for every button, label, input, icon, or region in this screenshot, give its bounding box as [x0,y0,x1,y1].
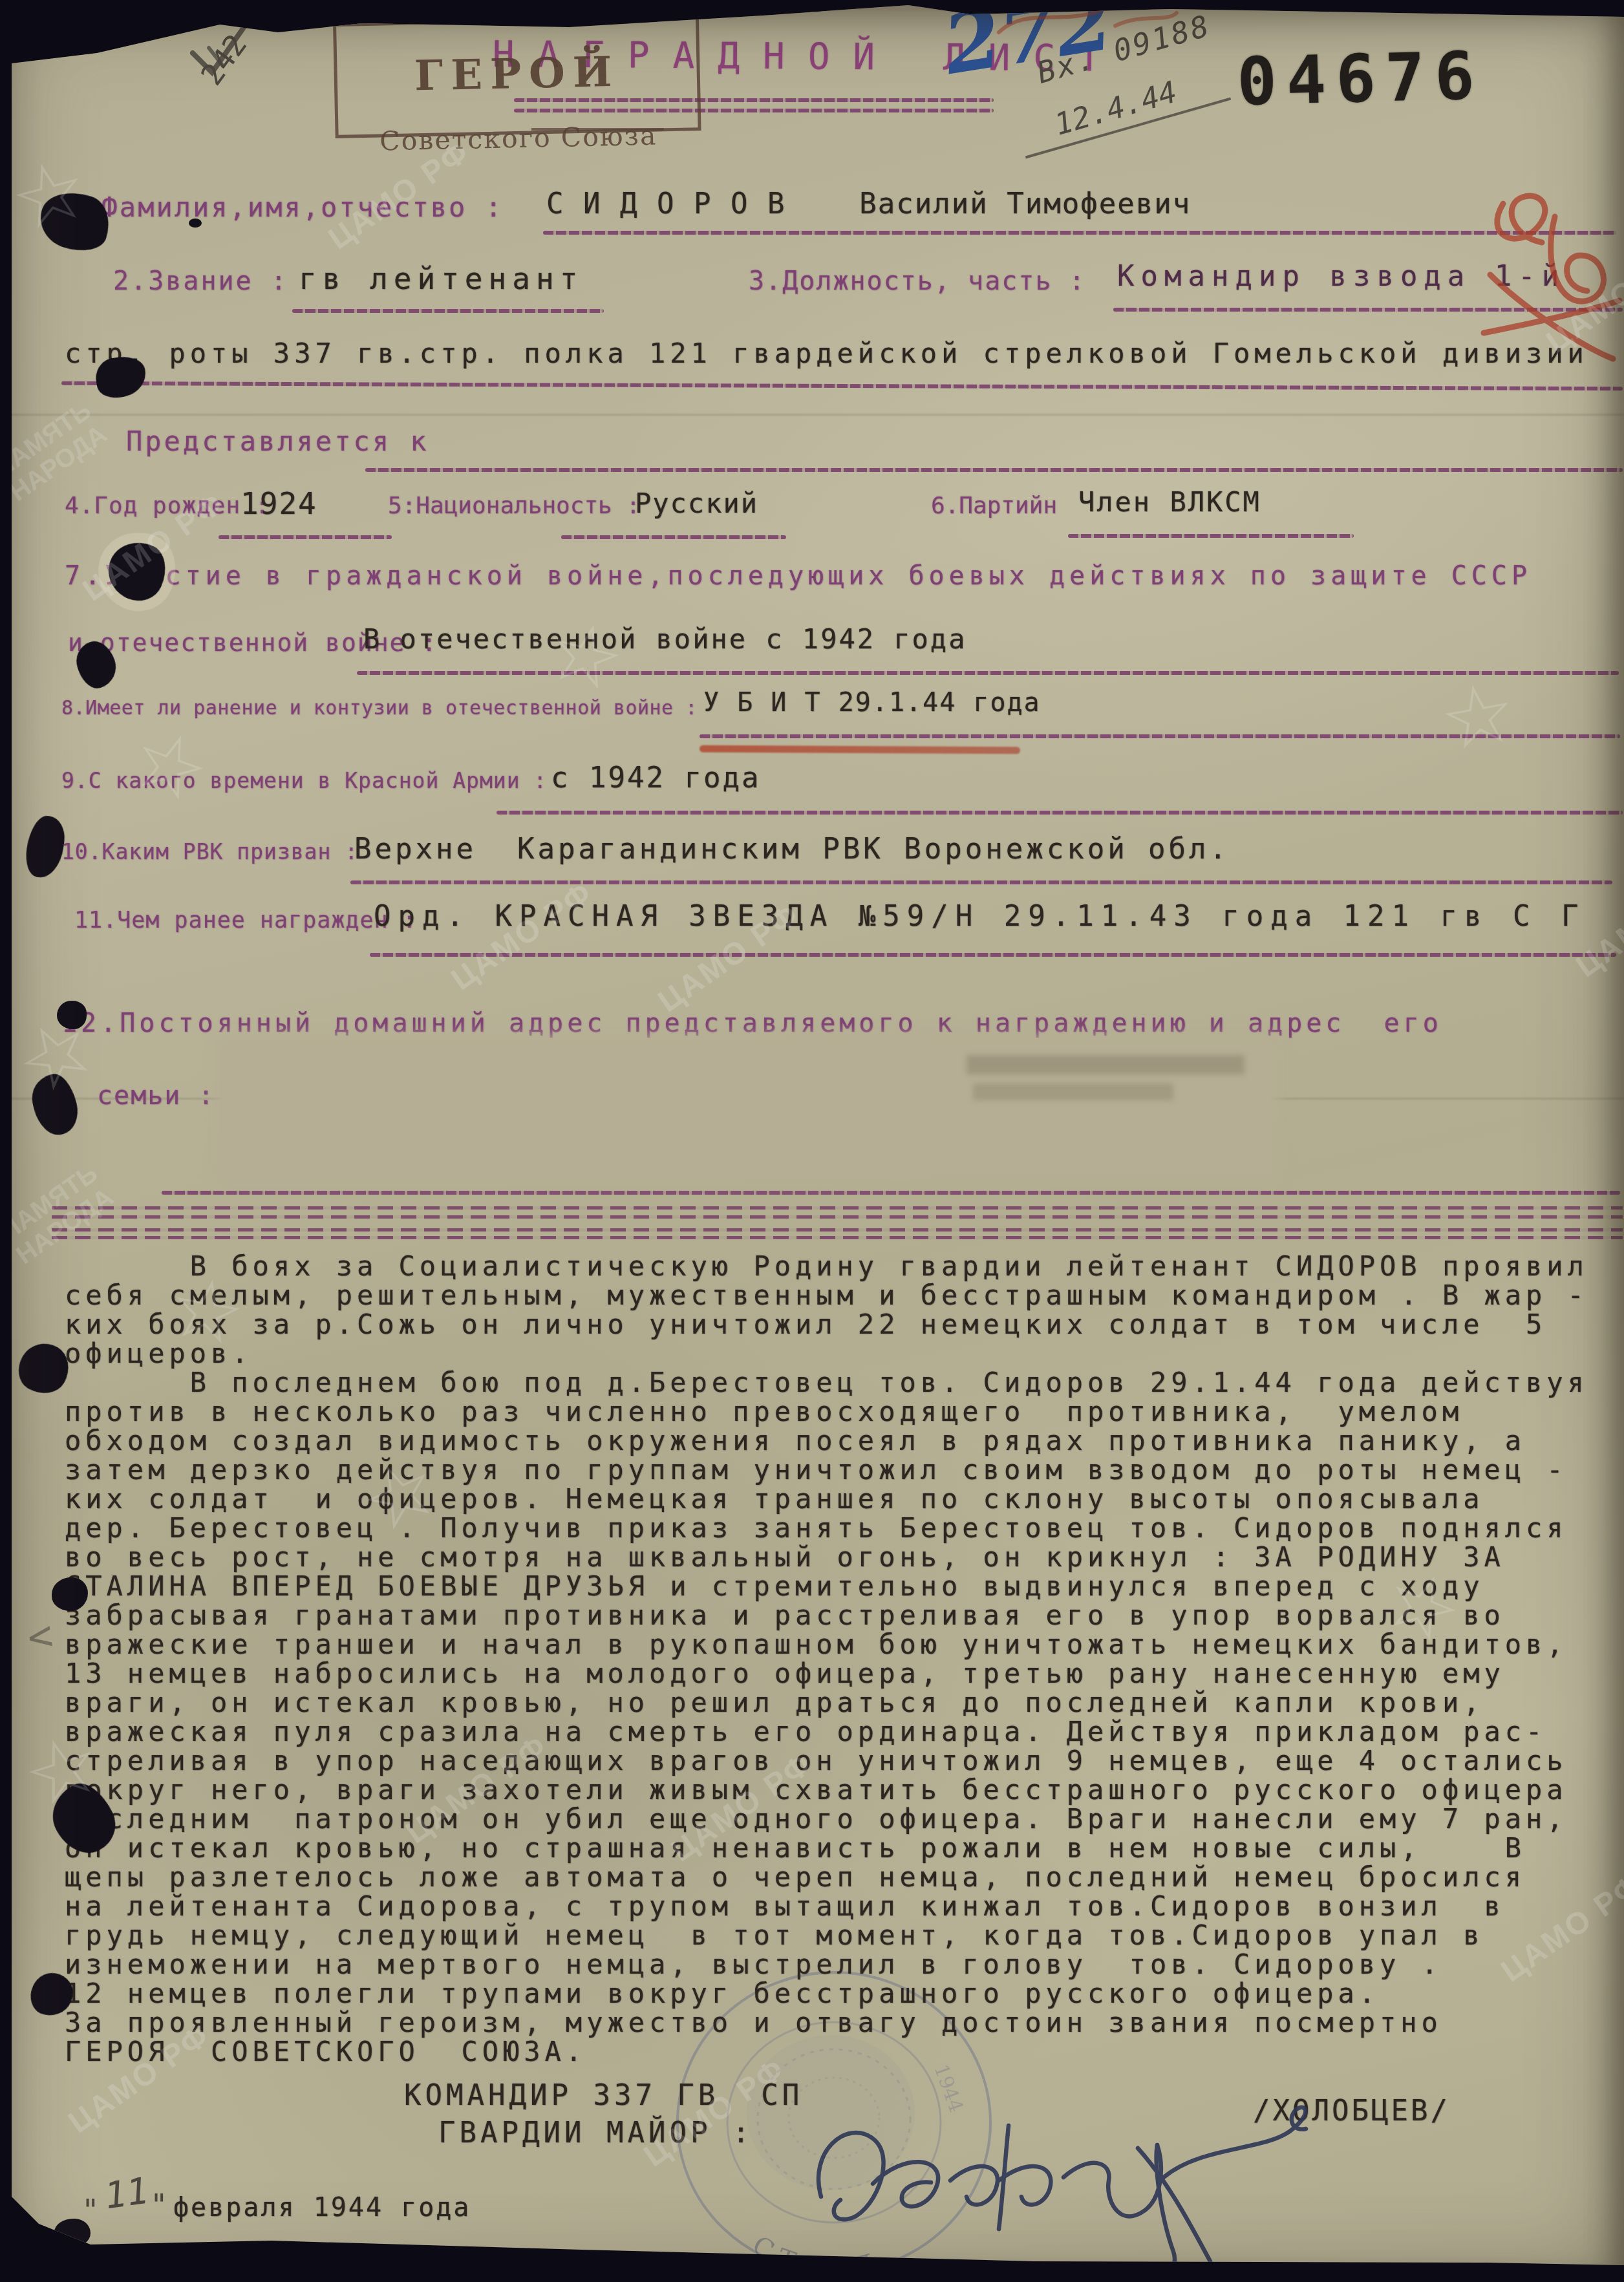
field-position-label: 3.Должность, часть : [749,266,1086,296]
field-party-value: Член ВЛКСМ [1078,486,1261,518]
field-prior-awards-label: 11.Чем ранее награжден : [74,908,417,933]
field-rank-value: гв лейтенант [299,261,583,296]
date-close-quote: " [150,2188,168,2223]
citation-line: забрасывая гранатами противника и расстр… [65,1601,1588,1630]
presented-for-label: Представляется к [126,425,429,457]
citation-line: враги, он истекал кровью, но решил драть… [65,1688,1588,1717]
hero-of-soviet-union-stamp: ГЕРОЙ Советского Союза [333,16,701,138]
citation-line: стреливая в упор наседающих врагов он ун… [65,1746,1588,1775]
field-underline [365,468,1623,472]
paper-crease [0,414,1624,416]
field-army-since-value: с 1942 года [551,762,760,794]
citation-line: во весь рост, не смотря на шквальный ого… [65,1542,1588,1572]
citation-line: себя смелым, решительным, мужественным и… [65,1281,1588,1310]
citation-line: ких солдат и офицеров. Немецкая траншея … [65,1484,1588,1513]
citation-line: грудь немцу, следующий немец в тот момен… [65,1921,1588,1950]
field-position-value-line2: стр. роты 337 гв.стр. полка 121 гвардейс… [65,337,1588,369]
field-underline [61,381,1623,390]
field-home-address-label: 12.Постоянный домашний адрес представляе… [61,1008,1442,1038]
citation-line: вражеская пуля сразила на смерть его орд… [65,1717,1588,1746]
stamped-serial-number: 04676 [1236,37,1485,121]
citation-line: СТАЛИНА ВПЕРЕД БОЕВЫЕ ДРУЗЬЯ и стремител… [65,1572,1588,1601]
star-watermark-icon: ☆ [118,707,223,825]
handwritten-signature [776,2067,1390,2282]
field-name-label: 1.Фамилия,имя,отчество : [65,191,504,223]
citation-text: В боях за Социалистическую Родину гварди… [65,1252,1588,2066]
star-watermark-icon: ☆ [537,599,634,712]
field-nationality-value: Русский [635,487,758,519]
archive-watermark: ЦАМО РФ [445,874,599,997]
field-underline [292,309,604,313]
archive-page-number: 415 [55,4,134,56]
award-sheet-page: 415 242 44 ГЕРОЙ Советского Союза НАГРАД… [0,0,1624,2282]
field-underline [350,880,1612,884]
ink-blot [52,1577,88,1611]
field-home-address-label2: семьи : [97,1081,215,1111]
citation-line: против в несколько раз численно превосхо… [65,1397,1588,1426]
red-pencil-marks [986,0,1180,39]
field-underline [370,953,1616,957]
field-underline [561,535,786,539]
citation-line: затем дерзко действуя по группам уничтож… [65,1455,1588,1484]
scanner-background: 415 242 44 ГЕРОЙ Советского Союза НАГРАД… [0,0,1624,2282]
field-war-participation-value: В отечественной войне с 1942 года [363,623,967,655]
citation-line: изнеможении на мертвого немца, выстрелил… [65,1950,1588,1979]
date-month-year: февраля 1944 года [173,2193,471,2223]
field-birthyear-value: 1924 [240,486,317,521]
field-underline [497,811,1623,815]
field-rank-label: 2.Звание : [113,266,288,296]
field-underline [1068,534,1354,538]
red-emphasis-underline [700,745,1020,754]
citation-line: он истекал кровью, но страшная ненависть… [65,1833,1588,1862]
field-underline [162,1191,1620,1195]
citation-line: вражеские траншеи и начал в рукопашном б… [65,1630,1588,1659]
citation-line: офицеров. [65,1339,1588,1368]
red-pencil-scribble [1464,178,1624,378]
citation-line: дер. Берестовец . Получив приказ занять … [65,1513,1588,1542]
citation-line: В последнем бою под д.Берестовец тов. Си… [65,1368,1588,1397]
field-nationality-label: 5:Национальность : [388,493,640,519]
citation-line: обходом создал видимость окружения посея… [65,1426,1588,1455]
hero-stamp-underline [531,128,664,131]
citation-line: За проявленный героизм, мужество и отваг… [65,2008,1588,2037]
field-party-label: 6.Партийн [931,493,1057,519]
citation-line: вокруг него, враги захотели живым схвати… [65,1775,1588,1804]
ink-speck [189,219,202,228]
star-watermark-icon: ☆ [0,138,98,252]
section-divider [52,1206,1623,1210]
star-watermark-icon: ☆ [1433,661,1524,771]
citation-line: ГЕРОЯ СОВЕТСКОГО СОЮЗА. [65,2037,1588,2066]
pencil-margin-mark: < [25,1612,56,1663]
citation-line: В боях за Социалистическую Родину гварди… [65,1252,1588,1281]
field-wounds-value-killed: У Б И Т 29.1.44 года [703,688,1041,718]
field-name-value: С И Д О Р О В Василий Тимофеевич [546,187,1191,220]
citation-line: 13 немцев набросились на молодого офицер… [65,1659,1588,1688]
faded-text-smudge [973,1083,1173,1100]
citation-line: ких боях за р.Сожь он лично уничтожил 22… [65,1310,1588,1339]
section-divider [52,1215,1623,1219]
field-drafted-by-label: 10.Каким РВК призван : [61,839,358,864]
field-underline [543,231,1616,235]
hero-stamp-line1: ГЕРОЙ [337,46,697,102]
hero-stamp-line2: Советского Союза [338,119,698,158]
date-day-handwritten: 11 [102,2170,151,2218]
citation-line: на лейтенанта Сидорова, с трупом вытащил… [65,1892,1588,1921]
ink-blot [54,2219,91,2247]
field-drafted-by-value: Верхне Карагандинским РВК Воронежской об… [354,833,1230,866]
section-divider [52,1228,1623,1232]
citation-line: последним патроном он убил еще одного оф… [65,1804,1588,1833]
portal-watermark: ПАМЯТЬ НАРОДА [0,396,112,507]
field-war-participation-label: 7.Участие в гражданской войне,последующи… [65,561,1532,591]
section-divider [52,1236,1623,1239]
field-underline [219,535,392,539]
faded-text-smudge [967,1055,1245,1074]
citation-line: 12 немцев полегли трупами вокруг бесстра… [65,1979,1588,2008]
citation-line: щепы разлетелось ложе автомата о череп н… [65,1862,1588,1892]
ink-blot [23,814,68,880]
